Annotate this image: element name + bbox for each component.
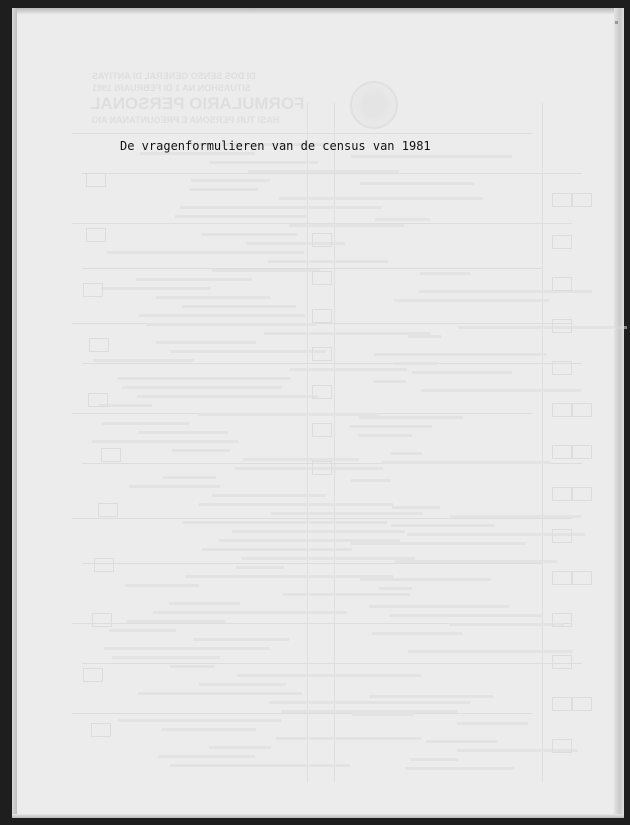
bleed-form-mark <box>426 740 497 743</box>
bleed-form-mark <box>92 440 238 443</box>
bleed-form-mark <box>101 448 121 462</box>
bleed-form-mark <box>373 380 406 383</box>
bleed-form-mark <box>372 632 462 635</box>
bleed-title-line: DI DOS SENSO GENERAL DI ANTIYAS <box>92 71 256 81</box>
bleed-form-mark <box>170 764 350 767</box>
bleed-form-mark <box>312 423 332 437</box>
bleed-form-mark <box>89 338 109 352</box>
scan-speck <box>615 21 618 24</box>
bleed-form-mark <box>374 353 547 356</box>
bleed-form-mark <box>312 271 332 285</box>
page-heading: De vragenformulieren van de census van 1… <box>120 139 431 153</box>
bleed-form-mark <box>72 133 532 134</box>
bleed-form-mark <box>175 215 308 218</box>
bleed-form-mark <box>349 425 432 428</box>
bleed-form-mark <box>86 173 106 187</box>
bleed-form-mark <box>395 560 557 563</box>
bleed-form-mark <box>450 515 581 518</box>
bleed-form-mark <box>392 506 440 509</box>
bleed-form-mark <box>382 461 551 464</box>
bleed-form-mark <box>107 251 304 254</box>
bleed-form-mark <box>82 563 542 564</box>
bleed-form-mark <box>82 663 582 664</box>
bleed-form-mark <box>136 278 252 281</box>
bleed-form-mark <box>209 746 271 749</box>
bleed-form-mark <box>125 584 199 587</box>
bleed-form-mark <box>183 521 387 524</box>
bleed-form-mark <box>153 611 347 614</box>
bleed-form-mark <box>421 389 581 392</box>
bleed-form-mark <box>156 341 256 344</box>
bleed-form-mark <box>391 452 422 455</box>
bleed-form-mark <box>552 487 572 501</box>
bleed-form-mark <box>360 182 474 185</box>
bleed-form-mark <box>122 386 282 389</box>
bleed-form-mark <box>352 713 413 716</box>
bleed-form-mark <box>394 299 549 302</box>
bleed-form-mark <box>170 350 326 353</box>
bleed-form-mark <box>369 605 509 608</box>
bleed-form-mark <box>312 385 332 399</box>
bleed-form-mark <box>552 361 572 375</box>
bleed-form-mark <box>180 206 382 209</box>
bleed-form-mark <box>91 723 111 737</box>
bleed-form-mark <box>449 623 564 626</box>
bleed-form-mark <box>138 431 228 434</box>
bleed-form-mark <box>117 377 291 380</box>
bleed-form-mark <box>572 193 592 207</box>
bleed-form-mark <box>391 524 495 527</box>
bleed-form-mark <box>169 602 240 605</box>
bleed-form-mark <box>92 613 112 627</box>
bleed-form-mark <box>146 323 316 326</box>
bleed-form-mark <box>199 413 380 416</box>
bleed-form-mark <box>170 665 215 668</box>
bleed-form-mark <box>82 363 582 364</box>
bleed-form-mark <box>118 719 281 722</box>
bleed-form-mark <box>158 755 255 758</box>
bleed-form-mark <box>236 566 284 569</box>
bleed-form-mark <box>312 309 332 323</box>
bleed-title-line: SITUASHON NA 1 DI FEBRUARI 1981 <box>92 83 251 93</box>
bleed-form-mark <box>182 305 296 308</box>
bleed-form-mark <box>212 494 326 497</box>
bleed-form-mark <box>199 683 286 686</box>
bleed-form-mark <box>552 193 572 207</box>
bleed-form-mark <box>369 695 493 698</box>
bleed-form-mark <box>163 476 216 479</box>
bleed-form-mark <box>458 326 627 329</box>
bleed-form-mark <box>93 359 194 362</box>
bleed-form-mark <box>102 422 189 425</box>
bleed-form-mark <box>289 224 404 227</box>
bleed-form-mark <box>248 170 399 173</box>
bleed-title-line: FORMULARIO PERSONAL <box>90 94 304 114</box>
bleed-form-mark <box>552 529 572 543</box>
bleed-form-mark <box>375 218 430 221</box>
bleed-form-mark <box>351 479 391 482</box>
bleed-form-mark <box>138 692 302 695</box>
bleed-form-mark <box>408 650 573 653</box>
bleed-form-mark <box>269 701 470 704</box>
bleed-form-mark <box>232 530 405 533</box>
bleed-form-mark <box>359 416 463 419</box>
bleed-form-mark <box>552 235 572 249</box>
bleed-form-mark <box>334 103 335 783</box>
bleed-form-mark <box>279 197 483 200</box>
bleed-form-mark <box>82 173 582 174</box>
bleed-form-mark <box>552 319 572 333</box>
scanned-page-view: DI DOS SENSO GENERAL DI ANTIYAS SITUASHO… <box>0 0 630 825</box>
bleed-form-mark <box>193 638 289 641</box>
bleed-form-mark <box>271 512 423 515</box>
bleed-form-mark <box>237 674 421 677</box>
bleed-form-mark <box>312 461 332 475</box>
bleed-form-mark <box>552 445 572 459</box>
bleed-form-mark <box>137 395 318 398</box>
bleed-form-mark <box>552 739 572 753</box>
bleed-form-mark <box>312 233 332 247</box>
bleed-seal-icon <box>350 81 398 129</box>
bleed-form-mark <box>268 260 388 263</box>
bleed-form-mark <box>360 578 491 581</box>
bleed-form-mark <box>420 272 470 275</box>
bleed-form-mark <box>410 758 458 761</box>
bleed-through-form: DI DOS SENSO GENERAL DI ANTIYAS SITUASHO… <box>72 63 592 783</box>
bleed-form-mark <box>235 467 383 470</box>
bleed-form-mark <box>129 485 220 488</box>
bleed-form-mark <box>162 728 256 731</box>
bleed-form-mark <box>552 613 572 627</box>
bleed-form-mark <box>307 103 308 783</box>
bleed-form-mark <box>542 103 543 783</box>
bleed-form-mark <box>83 283 103 297</box>
bleed-form-mark <box>457 722 528 725</box>
bleed-form-mark <box>572 403 592 417</box>
bleed-form-mark <box>552 277 572 291</box>
bleed-form-mark <box>212 269 320 272</box>
bleed-form-mark <box>389 614 543 617</box>
bleed-form-mark <box>109 629 176 632</box>
bleed-form-mark <box>139 314 305 317</box>
bleed-form-mark <box>127 620 225 623</box>
bleed-form-mark <box>72 713 532 714</box>
bleed-form-mark <box>88 393 108 407</box>
bleed-form-mark <box>276 737 421 740</box>
bleed-form-mark <box>408 335 441 338</box>
bleed-form-mark <box>351 542 526 545</box>
bleed-form-mark <box>242 557 415 560</box>
bleed-form-mark <box>189 188 258 191</box>
bleed-form-mark <box>552 697 572 711</box>
bleed-form-mark <box>572 445 592 459</box>
bleed-form-mark <box>358 434 412 437</box>
bleed-form-mark <box>264 332 431 335</box>
bleed-form-mark <box>156 296 270 299</box>
bleed-form-mark <box>572 487 592 501</box>
bleed-form-mark <box>112 656 220 659</box>
bleed-form-mark <box>104 647 270 650</box>
bleed-form-mark <box>191 179 270 182</box>
bleed-form-mark <box>202 548 352 551</box>
bleed-form-mark <box>351 155 512 158</box>
bleed-form-mark <box>572 697 592 711</box>
bleed-form-mark <box>199 503 393 506</box>
bleed-form-mark <box>101 287 211 290</box>
page-bottom-edge <box>12 814 624 818</box>
bleed-form-mark <box>86 228 106 242</box>
bleed-form-mark <box>312 347 332 361</box>
page-left-edge <box>12 8 17 818</box>
bleed-form-mark <box>243 458 359 461</box>
bleed-form-mark <box>572 571 592 585</box>
bleed-form-mark <box>98 503 118 517</box>
bleed-form-mark <box>394 362 437 365</box>
bleed-form-mark <box>290 368 407 371</box>
bleed-form-mark <box>94 558 114 572</box>
bleed-form-mark <box>405 767 514 770</box>
bleed-form-mark <box>552 403 572 417</box>
bleed-form-mark <box>412 371 512 374</box>
bleed-form-mark <box>552 655 572 669</box>
bleed-form-mark <box>201 233 297 236</box>
bleed-form-mark <box>209 161 318 164</box>
bleed-form-mark <box>83 668 103 682</box>
bleed-form-mark <box>172 449 230 452</box>
bleed-title-line: HASI TUR PERSONA E PREGUNTANAN AKI <box>92 115 279 125</box>
bleed-form-mark <box>552 571 572 585</box>
bleed-form-mark <box>72 518 572 519</box>
bleed-form-mark <box>379 587 412 590</box>
page-top-edge <box>12 8 624 14</box>
page-right-edge <box>614 8 624 818</box>
bleed-form-mark <box>283 593 410 596</box>
document-page: DI DOS SENSO GENERAL DI ANTIYAS SITUASHO… <box>12 8 624 818</box>
